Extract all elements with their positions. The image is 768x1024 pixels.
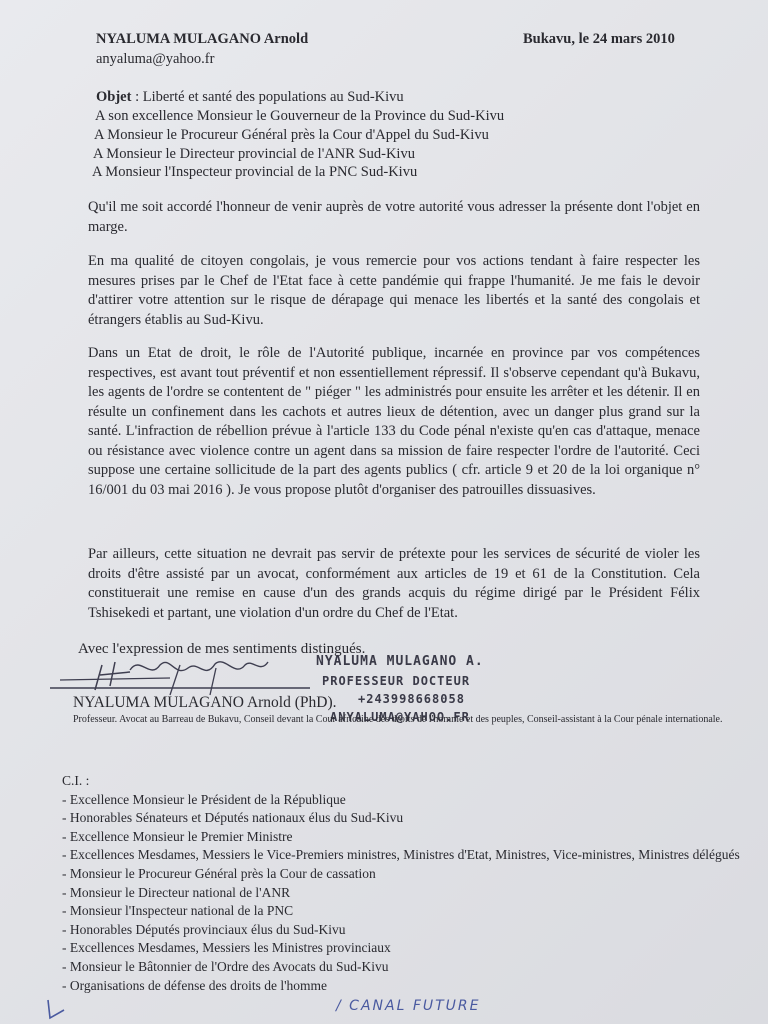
- letter-page: NYALUMA MULAGANO Arnold anyaluma@yahoo.f…: [0, 0, 768, 1024]
- signatory-titles: Professeur. Avocat au Barreau de Bukavu,…: [73, 713, 738, 727]
- copies-label: C.I. :: [62, 772, 768, 791]
- recipient-line: A Monsieur le Procureur Général près la …: [94, 126, 489, 145]
- recipient-line: A Monsieur le Directeur provincial de l'…: [93, 145, 415, 164]
- body-paragraph: Qu'il me soit accordé l'honneur de venir…: [88, 198, 700, 237]
- sender-email: anyaluma@yahoo.fr: [96, 50, 214, 69]
- copy-item: - Monsieur le Directeur national de l'AN…: [62, 884, 768, 903]
- copies-list: C.I. : - Excellence Monsieur le Présiden…: [62, 772, 768, 995]
- subject-label: Objet: [96, 89, 131, 105]
- copy-item: - Excellences Mesdames, Messiers les Min…: [62, 939, 768, 958]
- body-paragraph: En ma qualité de citoyen congolais, je v…: [88, 252, 700, 330]
- copy-item: - Monsieur l'Inspecteur national de la P…: [62, 902, 768, 921]
- sender-name: NYALUMA MULAGANO Arnold: [96, 30, 308, 49]
- copy-item: - Excellence Monsieur le Premier Ministr…: [62, 828, 768, 847]
- recipient-line: A Monsieur l'Inspecteur provincial de la…: [92, 163, 417, 182]
- handwritten-check-mark: [44, 998, 68, 1022]
- handwritten-note: / CANAL FUTURE: [336, 998, 481, 1014]
- stamp-phone: +243998668058: [358, 692, 465, 706]
- copy-item: - Monsieur le Bâtonnier de l'Ordre des A…: [62, 958, 768, 977]
- place-date: Bukavu, le 24 mars 2010: [523, 30, 675, 49]
- recipient-line: A son excellence Monsieur le Gouverneur …: [95, 107, 504, 126]
- copy-item: - Organisations de défense des droits de…: [62, 977, 768, 996]
- copy-item: - Excellence Monsieur le Président de la…: [62, 791, 768, 810]
- body-paragraph: Dans un Etat de droit, le rôle de l'Auto…: [88, 344, 700, 500]
- stamp-name: NYALUMA MULAGANO A.: [316, 654, 484, 669]
- copy-item: - Excellences Mesdames, Messiers le Vice…: [62, 846, 768, 865]
- subject-text: : Liberté et santé des populations au Su…: [131, 89, 403, 105]
- subject-line: Objet : Liberté et santé des populations…: [96, 88, 404, 107]
- copy-item: - Honorables Sénateurs et Députés nation…: [62, 809, 768, 828]
- copy-item: - Honorables Députés provinciaux élus du…: [62, 921, 768, 940]
- signatory-name: NYALUMA MULAGANO Arnold (PhD).: [73, 693, 337, 712]
- copy-item: - Monsieur le Procureur Général près la …: [62, 865, 768, 884]
- body-paragraph: Par ailleurs, cette situation ne devrait…: [88, 545, 700, 623]
- stamp-title: PROFESSEUR DOCTEUR: [322, 674, 470, 688]
